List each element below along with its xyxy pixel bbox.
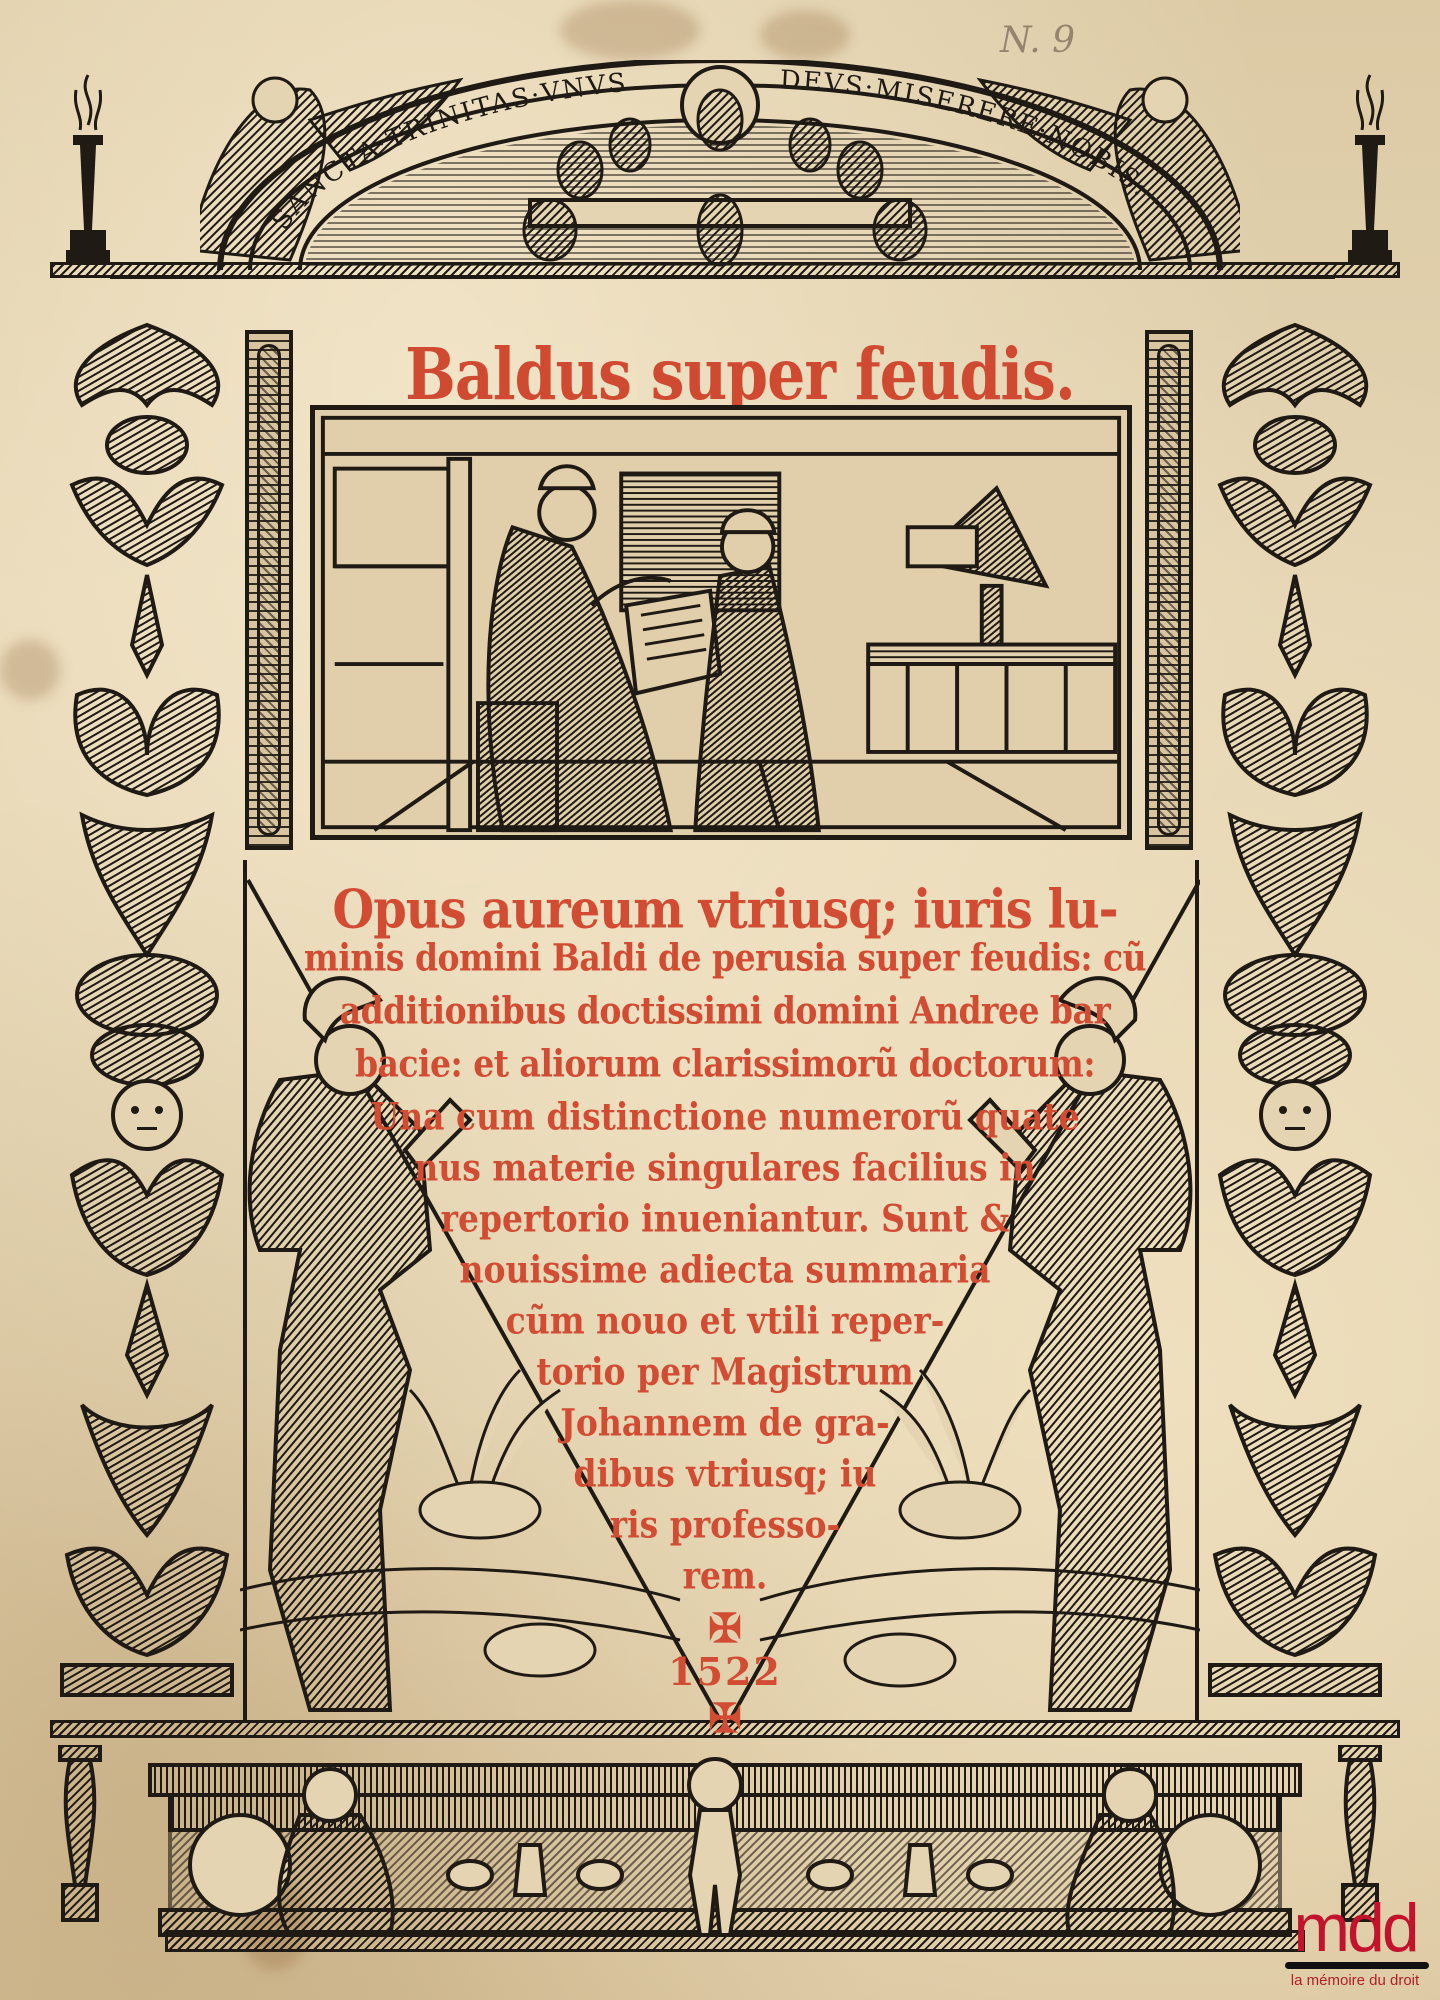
- paper-stain: [760, 10, 850, 60]
- text-line: Una cum distinctione numerorũ quate: [250, 1095, 1200, 1152]
- paper-stain: [560, 0, 700, 60]
- holy-family-frieze-woodcut: [130, 1745, 1320, 1965]
- handwritten-shelfmark: N. 9: [1000, 20, 1075, 61]
- text-line: ris professo-: [250, 1503, 1200, 1560]
- logo-caption: la mémoire du droit: [1275, 1972, 1435, 1989]
- text-line: nus materie singulares facilius in: [250, 1146, 1200, 1203]
- text-line: Johannem de gra-: [250, 1401, 1200, 1458]
- la-memoire-du-droit-logo[interactable]: mdd la mémoire du droit: [1275, 1900, 1435, 2000]
- text-line: minis domini Baldi de perusia super feud…: [250, 936, 1200, 995]
- left-ornamental-column: [52, 315, 242, 1705]
- left-pilaster: [245, 330, 293, 850]
- cross-ornament-icon: ✠: [250, 1695, 1200, 1739]
- paper-stain: [0, 640, 60, 700]
- scholar-library-woodcut: [310, 405, 1132, 840]
- candlestick-icon: [1340, 70, 1400, 270]
- right-ornamental-column: [1200, 315, 1390, 1705]
- title-page-text: Opus aureum vtriusq; iuris lu- minis dom…: [250, 878, 1200, 1739]
- text-line: dibus vtriusq; iu: [250, 1452, 1200, 1509]
- candlestick-icon: [58, 70, 118, 270]
- text-line: Opus aureum vtriusq; iuris lu-: [250, 878, 1200, 943]
- baluster-icon: [55, 1745, 105, 1925]
- frame-rule: [110, 275, 1335, 279]
- text-line: nouissime adiecta summaria: [250, 1248, 1200, 1305]
- text-line: repertorio inueniantur. Sunt &: [250, 1197, 1200, 1254]
- publication-year: 1522: [250, 1649, 1200, 1695]
- text-line: rem.: [250, 1554, 1200, 1611]
- text-line: additionibus doctissimi domini Andree ba…: [250, 989, 1200, 1048]
- title-page: N. 9: [0, 0, 1440, 2000]
- trinity-arch-woodcut: SANCTA·TRINITAS·VNVS DEVS·MISERERE·NOBIS…: [200, 60, 1240, 270]
- cross-ornament-icon: ✠: [250, 1605, 1200, 1649]
- logo-underline: [1285, 1962, 1429, 1969]
- logo-mark: mdd: [1275, 1900, 1435, 1956]
- text-line: cũm nouo et vtili reper-: [250, 1299, 1200, 1356]
- text-line: torio per Magistrum: [250, 1350, 1200, 1407]
- text-line: bacie: et aliorum clarissimorũ doctorum:: [250, 1042, 1200, 1101]
